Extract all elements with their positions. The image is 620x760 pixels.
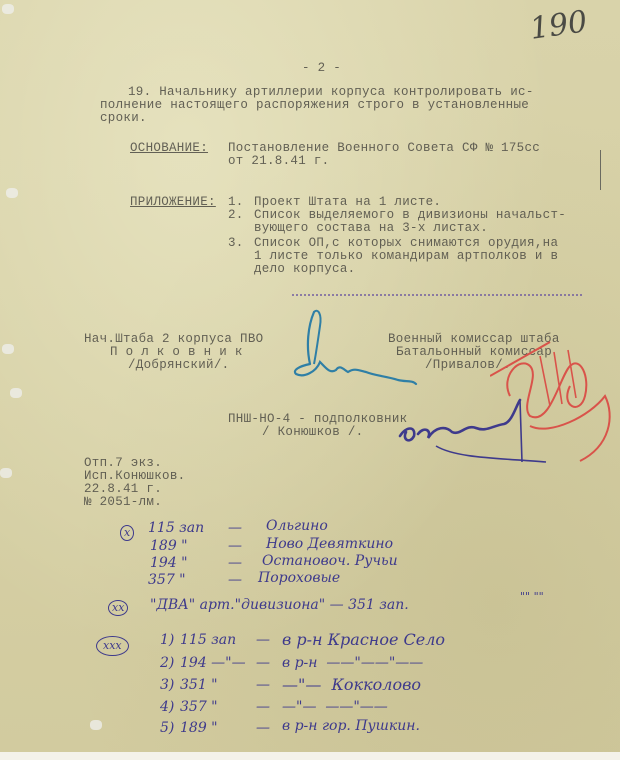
item-19-line: сроки. (100, 112, 147, 125)
sign-left-line: /Добрянский/. (128, 359, 229, 372)
list-xxx-place: в р-н ——"——"—— (282, 655, 423, 671)
basis-line: от 21.8.41 г. (228, 155, 329, 168)
handwritten-dotted-note (292, 288, 582, 296)
item-19-line: полнение настоящего распоряжения строго … (100, 99, 529, 112)
marker-xxx: ххх (96, 636, 129, 656)
list-xxx-dash: — (256, 632, 270, 648)
list-xxx-dash: — (256, 720, 270, 736)
list-x-place: Остановоч. Ручьи (262, 553, 398, 569)
list-xxx-num: 4) (160, 699, 174, 715)
list-xxx-place: —"— ——"—— (282, 699, 388, 715)
list-xxx-unit: 194 —"— (180, 655, 246, 671)
list-xxx-unit: 357 " (180, 699, 218, 715)
punch-hole (6, 188, 18, 198)
list-xxx-place: в р-н Красное Село (282, 630, 445, 649)
list-x-place: Пороховые (258, 570, 340, 586)
marker-x: х (120, 525, 134, 541)
document-page: 190 - 2 - 19. Начальнику артиллерии корп… (0, 0, 620, 752)
archive-number: 190 (528, 4, 590, 47)
list-xxx-place: в р-н гор. Пушкин. (282, 718, 420, 734)
scan-border (0, 752, 620, 760)
list-x-unit: 357 " (148, 572, 186, 588)
list-x-place: Ольгино (266, 518, 328, 534)
punch-hole (0, 468, 12, 478)
list-xxx-place: —"— Кокколово (282, 675, 421, 694)
list-xxx-dash: — (256, 677, 270, 693)
list-x-dash: — (228, 538, 242, 554)
signature-konyushkov (396, 396, 556, 466)
list-x-dash: — (228, 555, 242, 571)
basis-label: ОСНОВАНИЕ: (130, 142, 208, 155)
punch-hole (10, 388, 22, 398)
list-xxx-num: 5) (160, 720, 174, 736)
list-x-unit: 194 " (150, 555, 188, 571)
list-x-dash: — (228, 572, 242, 588)
appendix-line: дело корпуса. (254, 263, 355, 276)
marker-xx: хх (108, 600, 128, 616)
appendix-line: вующего состава на 3-х листах. (254, 222, 488, 235)
margin-mark (600, 150, 601, 190)
line-xx-text: "ДВА" арт."дивизиона" — 351 зап. (150, 597, 409, 613)
footer-line: № 2051-лм. (84, 496, 162, 509)
list-xxx-dash: — (256, 655, 270, 671)
punch-hole (2, 344, 14, 354)
page-number: - 2 - (302, 62, 341, 75)
list-x-unit: 115 зап (148, 520, 204, 536)
list-xxx-unit: 351 " (180, 677, 218, 693)
list-x-dash: — (228, 520, 242, 536)
line-xx-suffix: "" "" (520, 590, 544, 603)
punch-hole (2, 4, 14, 14)
list-xxx-num: 1) (160, 632, 174, 648)
list-xxx-num: 2) (160, 655, 174, 671)
appendix-label: ПРИЛОЖЕНИЕ: (130, 196, 216, 209)
list-xxx-num: 3) (160, 677, 174, 693)
sign-bottom-line: / Конюшков /. (262, 426, 363, 439)
punch-hole (90, 720, 102, 730)
list-x-unit: 189 " (150, 538, 188, 554)
appendix-num: 3. (228, 237, 244, 250)
list-xxx-unit: 189 " (180, 720, 218, 736)
list-xxx-dash: — (256, 699, 270, 715)
list-x-place: Ново Девяткино (266, 536, 393, 552)
list-xxx-unit: 115 зап (180, 632, 236, 648)
appendix-num: 2. (228, 209, 244, 222)
